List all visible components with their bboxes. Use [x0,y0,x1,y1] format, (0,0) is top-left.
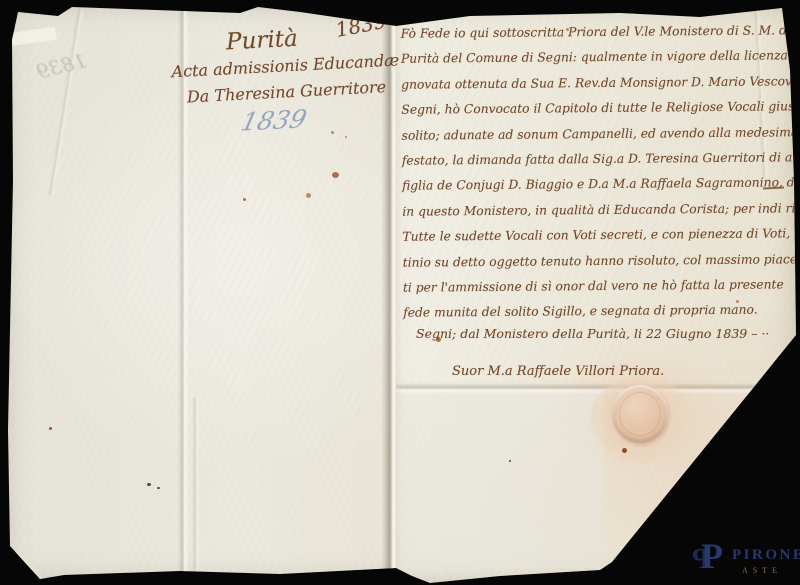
manuscript-line: Fò Fede io qui sottoscritta Priora del V… [401,23,794,52]
foxing-spot [345,136,347,138]
folded-corner [4,534,64,584]
foxing-spot [49,427,52,430]
embossed-seal [612,385,668,443]
under-sheet [396,392,604,568]
ink-speck [147,483,151,486]
photo-stage: 1839 Purità 1839 Acta admissionis Educan… [0,0,800,585]
heading-line: Acta admissionis Educandæ [171,50,400,81]
flap-edge [0,0,10,176]
watermark-subtitle: ASTE [742,566,782,575]
manuscript-line: gnovata ottenuta da Sua E. Rev.da Monsig… [401,74,794,103]
foxing-spot [306,193,311,198]
ink-speck [157,487,160,489]
ink-speck [509,460,511,462]
manuscript-line: solito; adunate ad sonum Campanelli, ed … [402,125,795,154]
manuscript-line: in questo Monistero, in qualità di Educa… [402,201,795,230]
heading-year: 1839 [334,9,389,42]
foxing-spot [622,448,627,453]
blue-year-stamp: 1839 [238,104,309,136]
manuscript-line: festato, la dimanda fatta dalla Sig.a D.… [402,150,795,179]
watermark: P P PIRONE ASTE [698,538,798,582]
watermark-logo-icon: P [701,538,723,574]
manuscript-line: Purità del Comune di Segni: qualmente in… [401,49,794,78]
fold-crease [396,383,792,394]
manuscript-line: Tutte le sudette Vocali con Voti secreti… [402,226,795,255]
foxing-spot [243,198,246,201]
heading-line: Da Theresina Guerritore [186,77,386,106]
manuscript-paper: 1839 Purità 1839 Acta admissionis Educan… [0,0,800,585]
foxing-spot [331,131,334,134]
signature-line: Suor M.a Raffaele Villori Priora. [452,364,664,379]
manuscript-line: tinio su detto oggetto tenuto hanno riso… [403,252,796,281]
bleedthrough-mark: 1839 [34,48,89,84]
watermark-name: PIRONE [732,547,800,564]
manuscript-line: figlia de Conjugi D. Biaggio e D.a M.a R… [402,176,795,205]
foxing-spot [332,172,339,178]
manuscript-line: ti per l'ammissione di sì onor dal vero … [403,277,796,306]
manuscript-line: Segni, hò Convocato il Capitolo di tutte… [401,99,794,128]
fold-crease [192,398,200,573]
date-line: Segni; dal Monistero della Purità, li 22… [416,326,769,341]
manuscript-body: Fò Fede io qui sottoscritta Priora del V… [401,23,797,331]
paper-edge-highlight [7,27,56,47]
heading-title: Purità [225,26,298,56]
